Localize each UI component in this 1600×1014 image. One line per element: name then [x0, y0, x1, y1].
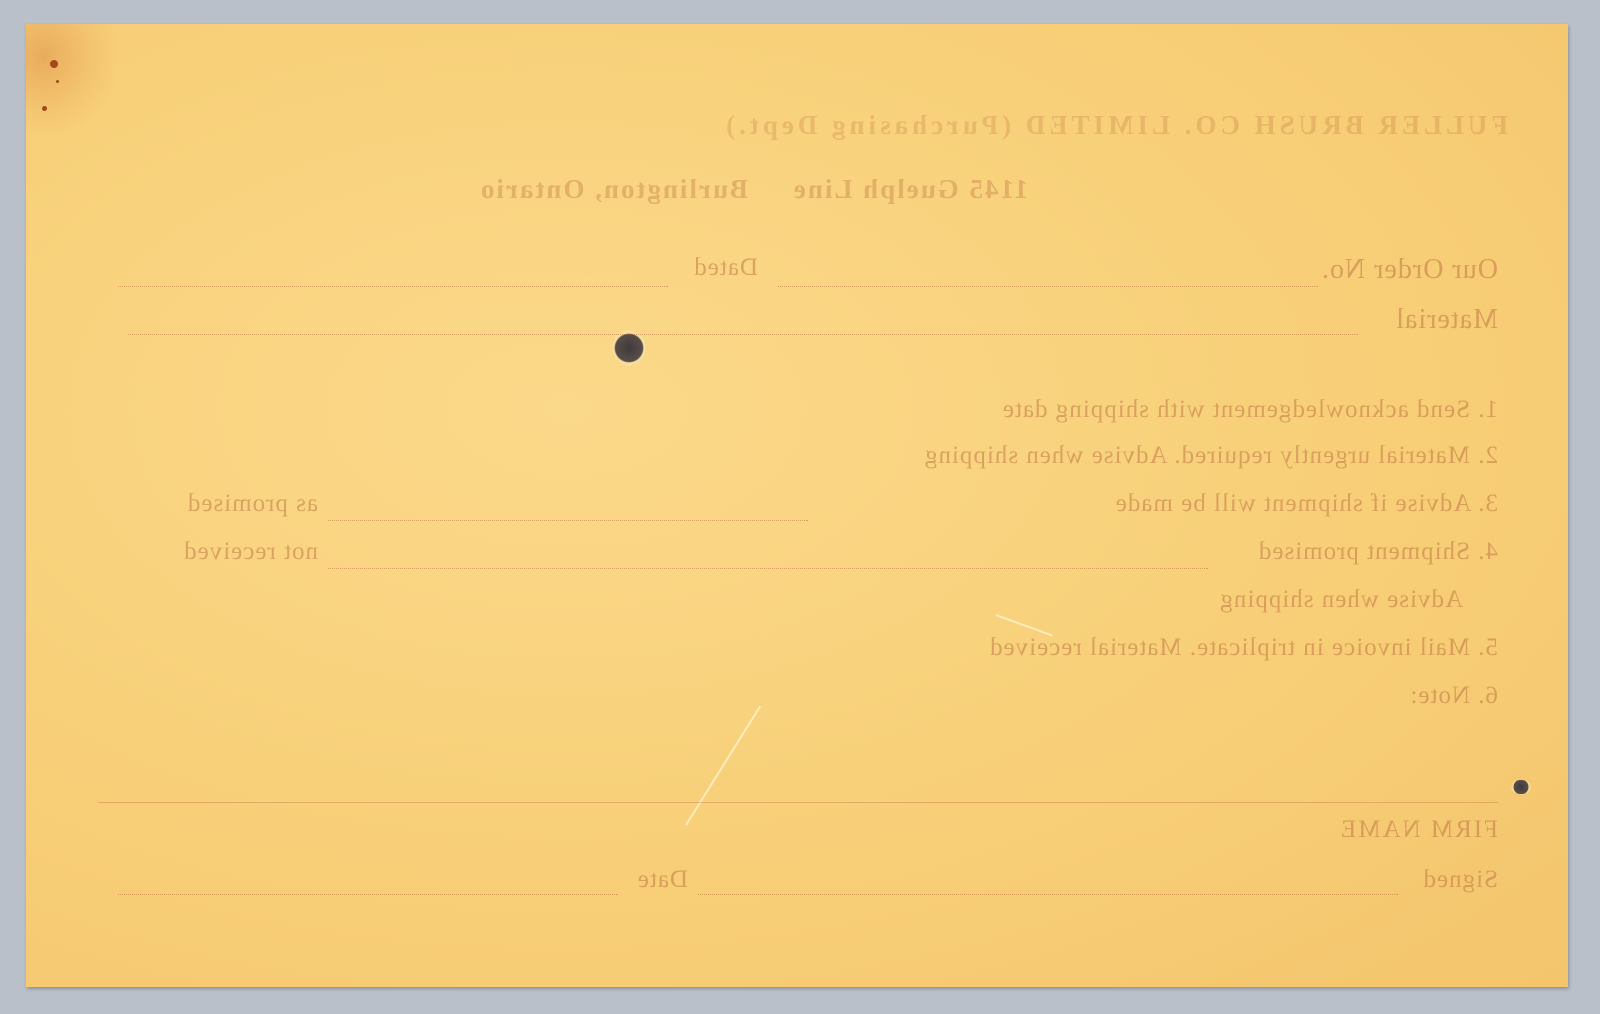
city-address: Burlington, Ontario — [479, 174, 748, 205]
order-no-rule — [778, 286, 1318, 287]
instruction-3-suffix: as promised — [187, 490, 318, 518]
instruction-text: Advise if shipment will be made — [1115, 490, 1472, 517]
instruction-3-rule — [328, 520, 808, 521]
order-no-label: Our Order No. — [1321, 254, 1498, 286]
instruction-1: 1. Send acknowledgement with shipping da… — [1002, 396, 1498, 424]
instruction-number: 5. — [1477, 634, 1498, 661]
instruction-text: Send acknowledgement with shipping date — [1002, 396, 1470, 423]
instruction-number: 3. — [1477, 490, 1498, 517]
date-rule — [118, 894, 618, 895]
instruction-number: 1. — [1477, 396, 1498, 423]
instruction-4: 4. Shipment promised — [1258, 538, 1498, 566]
firm-name-rule — [98, 802, 1498, 803]
instruction-4-suffix: not received — [183, 538, 318, 566]
instruction-5: 5. Mail invoice in triplicate. Material … — [989, 634, 1498, 662]
instruction-6: 6. Note: — [1409, 682, 1498, 710]
postcard: FULLER BRUSH CO. LIMITED (Purchasing Dep… — [26, 24, 1568, 987]
signed-label: Signed — [1423, 866, 1498, 894]
date-label: Date — [637, 866, 688, 894]
instruction-text: Shipment promised — [1258, 538, 1470, 565]
instruction-4-rule — [328, 568, 1208, 569]
street-address: 1145 Guelph Line — [792, 174, 1028, 205]
instruction-number: 2. — [1477, 442, 1498, 469]
instruction-number: 4. — [1477, 538, 1498, 565]
instruction-text: Material urgently required. Advise when … — [924, 442, 1470, 469]
instruction-number: 6. — [1477, 682, 1498, 709]
instruction-text: Mail invoice in triplicate. Material rec… — [989, 634, 1470, 661]
signed-rule — [698, 894, 1398, 895]
instruction-text: Note: — [1409, 682, 1470, 709]
instruction-3: 3. Advise if shipment will be made — [1115, 490, 1498, 518]
company-name: FULLER BRUSH CO. LIMITED (Purchasing Dep… — [722, 110, 1508, 141]
instruction-4-continued: Advise when shipping — [1219, 586, 1463, 614]
dated-label: Dated — [693, 254, 758, 282]
material-label: Material — [1395, 304, 1498, 336]
bleed-through-print: FULLER BRUSH CO. LIMITED (Purchasing Dep… — [26, 24, 1568, 987]
material-rule — [128, 334, 1358, 335]
dated-rule — [118, 286, 668, 287]
instruction-2: 2. Material urgently required. Advise wh… — [924, 442, 1498, 470]
firm-name-label: FIRM NAME — [1339, 816, 1498, 844]
